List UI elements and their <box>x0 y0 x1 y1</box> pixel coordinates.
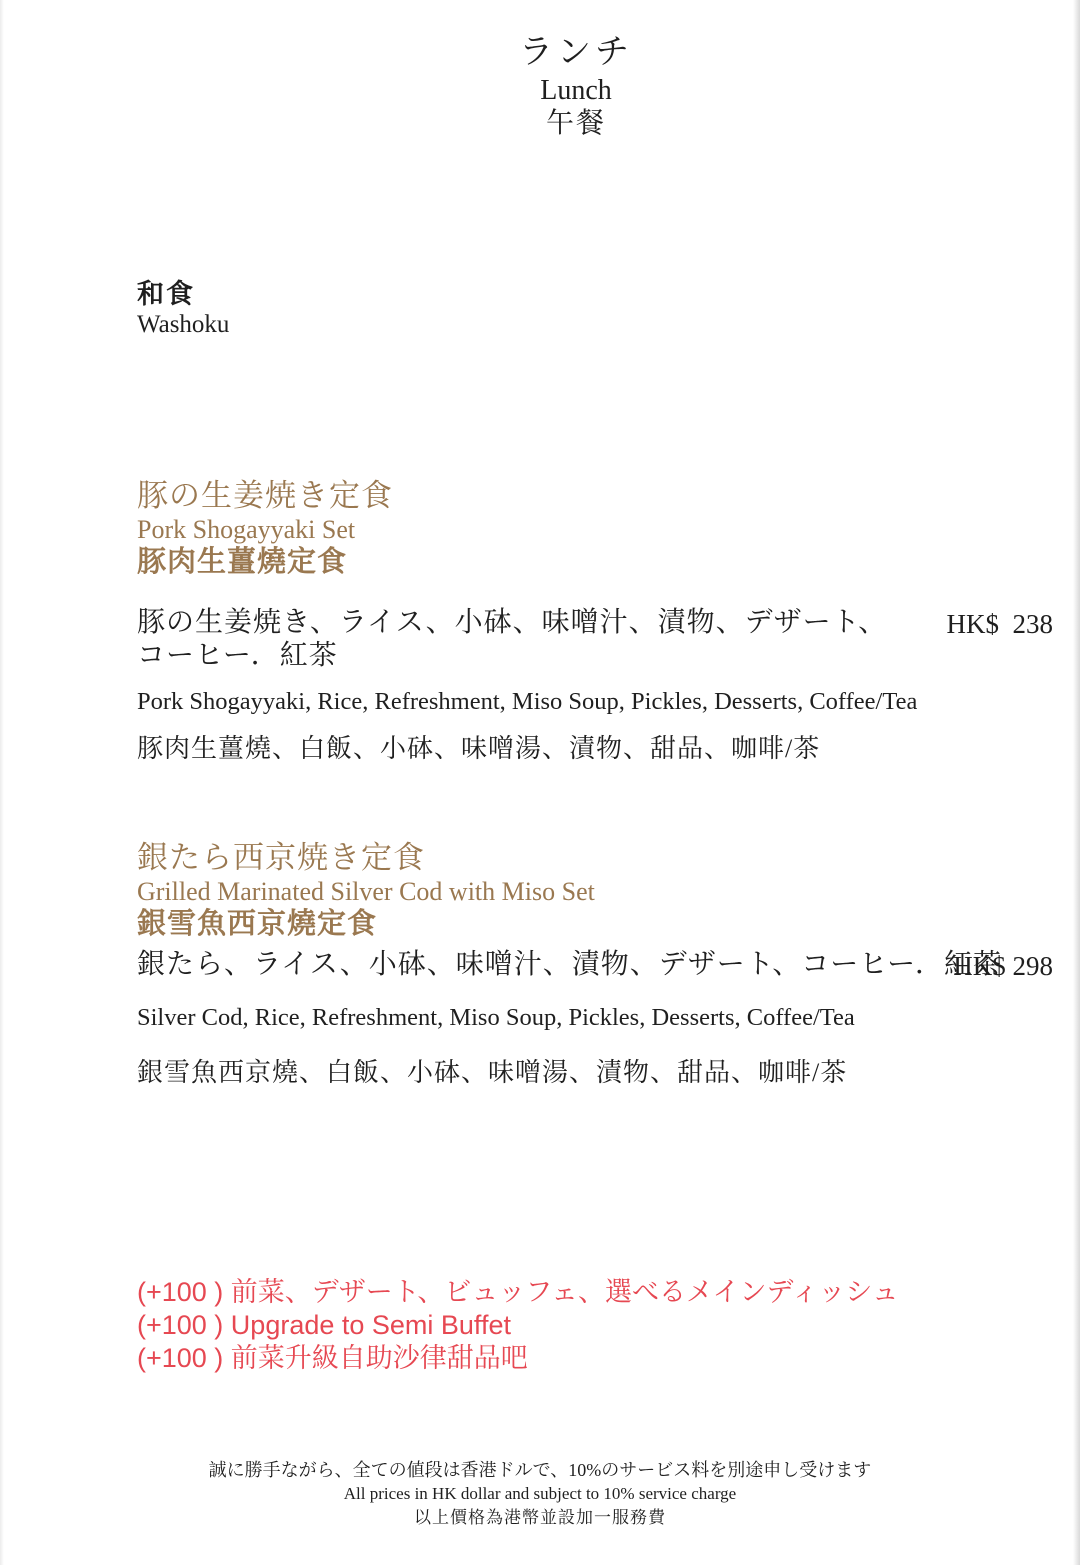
menu-item-silver-cod-description: 銀たら、ライス、小砵、味噌汁、漬物、デザート、コーヒー．紅茶 Silver Co… <box>137 948 1053 1088</box>
service-charge-note-chinese: 以上價格為港幣並設加一服務費 <box>0 1505 1080 1530</box>
section-title-japanese: 和食 <box>137 278 229 311</box>
menu-title-japanese: ランチ <box>72 32 1080 74</box>
item-name-chinese: 豚肉生薑燒定食 <box>137 545 393 579</box>
item-description-chinese: 豚肉生薑燒、白飯、小砵、味噌湯、漬物、甜品、咖啡/茶 <box>137 734 1053 764</box>
upgrade-line-japanese: (+100 ) 前菜、デザート、ビュッフェ、選べるメインディッシュ <box>137 1276 899 1309</box>
item-description-english: Pork Shogayyaki, Rice, Refreshment, Miso… <box>137 688 1053 716</box>
service-charge-note-english: All prices in HK dollar and subject to 1… <box>0 1483 1080 1505</box>
page-right-edge-shadow <box>1073 0 1080 1565</box>
service-charge-note: 誠に勝手ながら、全ての値段は香港ドルで、10%のサービス料を別途申し受けます A… <box>0 1458 1080 1530</box>
menu-item-pork-shogayyaki-description: 豚の生姜焼き、ライス、小砵、味噌汁、漬物、デザート、 コーヒー．紅茶 Pork … <box>137 606 1053 764</box>
item-description-japanese: 銀たら、ライス、小砵、味噌汁、漬物、デザート、コーヒー．紅茶 <box>137 948 1053 981</box>
item-price: HK$ 298 <box>953 951 1053 982</box>
item-name-english: Grilled Marinated Silver Cod with Miso S… <box>137 877 595 907</box>
upgrade-line-english: (+100 ) Upgrade to Semi Buffet <box>137 1309 899 1342</box>
section-title-english: Washoku <box>137 311 229 339</box>
item-name-japanese: 豚の生姜焼き定食 <box>137 476 393 515</box>
item-description-english: Silver Cod, Rice, Refreshment, Miso Soup… <box>137 1004 1053 1032</box>
item-description-chinese: 銀雪魚西京燒、白飯、小砵、味噌湯、漬物、甜品、咖啡/茶 <box>137 1058 1053 1088</box>
upgrade-line-chinese: (+100 ) 前菜升級自助沙律甜品吧 <box>137 1342 899 1375</box>
menu-title-english: Lunch <box>72 74 1080 107</box>
menu-item-pork-shogayyaki-title: 豚の生姜焼き定食 Pork Shogayyaki Set 豚肉生薑燒定食 <box>137 476 393 579</box>
item-description-japanese: 豚の生姜焼き、ライス、小砵、味噌汁、漬物、デザート、 コーヒー．紅茶 <box>137 606 1053 672</box>
section-washoku-header: 和食 Washoku <box>137 278 229 339</box>
item-name-japanese: 銀たら西京焼き定食 <box>137 838 595 877</box>
menu-header: ランチ Lunch 午餐 <box>0 32 1080 141</box>
page-left-edge-shadow <box>0 0 4 1565</box>
semi-buffet-upgrade-notice: (+100 ) 前菜、デザート、ビュッフェ、選べるメインディッシュ (+100 … <box>137 1276 899 1375</box>
service-charge-note-japanese: 誠に勝手ながら、全ての値段は香港ドルで、10%のサービス料を別途申し受けます <box>0 1458 1080 1483</box>
item-name-english: Pork Shogayyaki Set <box>137 515 393 545</box>
item-name-chinese: 銀雪魚西京燒定食 <box>137 907 595 941</box>
item-price: HK$ 238 <box>947 609 1054 640</box>
menu-title-chinese: 午餐 <box>72 107 1080 141</box>
menu-item-silver-cod-title: 銀たら西京焼き定食 Grilled Marinated Silver Cod w… <box>137 838 595 941</box>
